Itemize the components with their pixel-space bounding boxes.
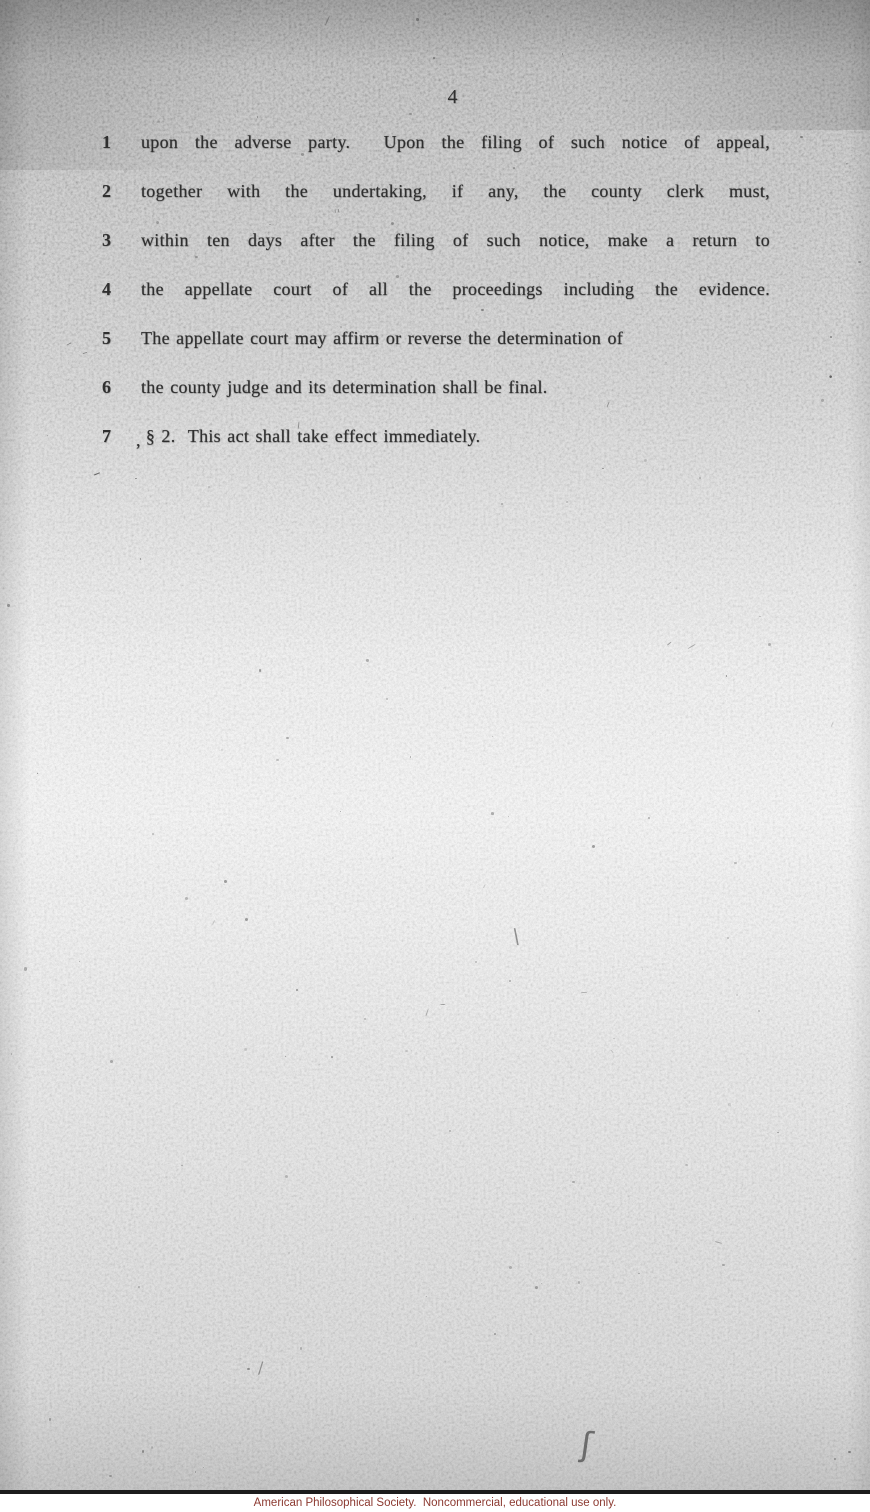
line-text: within ten days after the filing of such… [136,230,770,251]
line-number: 3 [102,230,136,251]
footer-bar: American Philosophical Society. Noncomme… [0,1494,870,1512]
line-text-content: § 2. This act shall take effect immediat… [146,426,481,446]
line-text: upon the adverse party. Upon the filing … [136,132,770,153]
line-text-content: upon the adverse party. Upon the filing … [141,132,770,152]
line-number: 5 [102,328,136,349]
line-text: ,§ 2. This act shall take effect immedia… [136,426,770,447]
line-number: 1 [102,132,136,153]
text-line: 5 The appellate court may affirm or reve… [102,314,770,363]
text-line: 4 the appellate court of all the proceed… [102,265,770,314]
page-number: 4 [136,86,770,109]
line-text: together with the undertaking, if any, t… [136,181,770,202]
line-text: The appellate court may affirm or revers… [136,328,770,349]
text-line: 7 ,§ 2. This act shall take effect immed… [102,412,770,461]
bill-text-lines: 1 upon the adverse party. Upon the filin… [102,118,770,461]
line-number: 6 [102,377,136,398]
printed-text-layer: 4 1 upon the adverse party. Upon the fil… [0,0,870,1490]
footer-attribution-text: American Philosophical Society. Noncomme… [254,1497,617,1509]
text-line: 1 upon the adverse party. Upon the filin… [102,118,770,167]
line-text-content: together with the undertaking, if any, t… [141,181,770,201]
line-text-content: the county judge and its determination s… [141,377,548,397]
text-line: 3 within ten days after the filing of su… [102,216,770,265]
line-text: the appellate court of all the proceedin… [136,279,770,300]
text-line: 6 the county judge and its determination… [102,363,770,412]
line-text-content: within ten days after the filing of such… [141,230,770,250]
scanned-document-page: ʃ\/•–––''·· 4 1 upon the adverse party. … [0,0,870,1512]
stray-comma-mark: , [136,430,141,450]
line-text: the county judge and its determination s… [136,377,770,398]
text-line: 2 together with the undertaking, if any,… [102,167,770,216]
line-text-content: the appellate court of all the proceedin… [141,279,770,299]
line-number: 4 [102,279,136,300]
line-number: 2 [102,181,136,202]
line-number: 7 [102,426,136,447]
line-text-content: The appellate court may affirm or revers… [141,328,623,348]
